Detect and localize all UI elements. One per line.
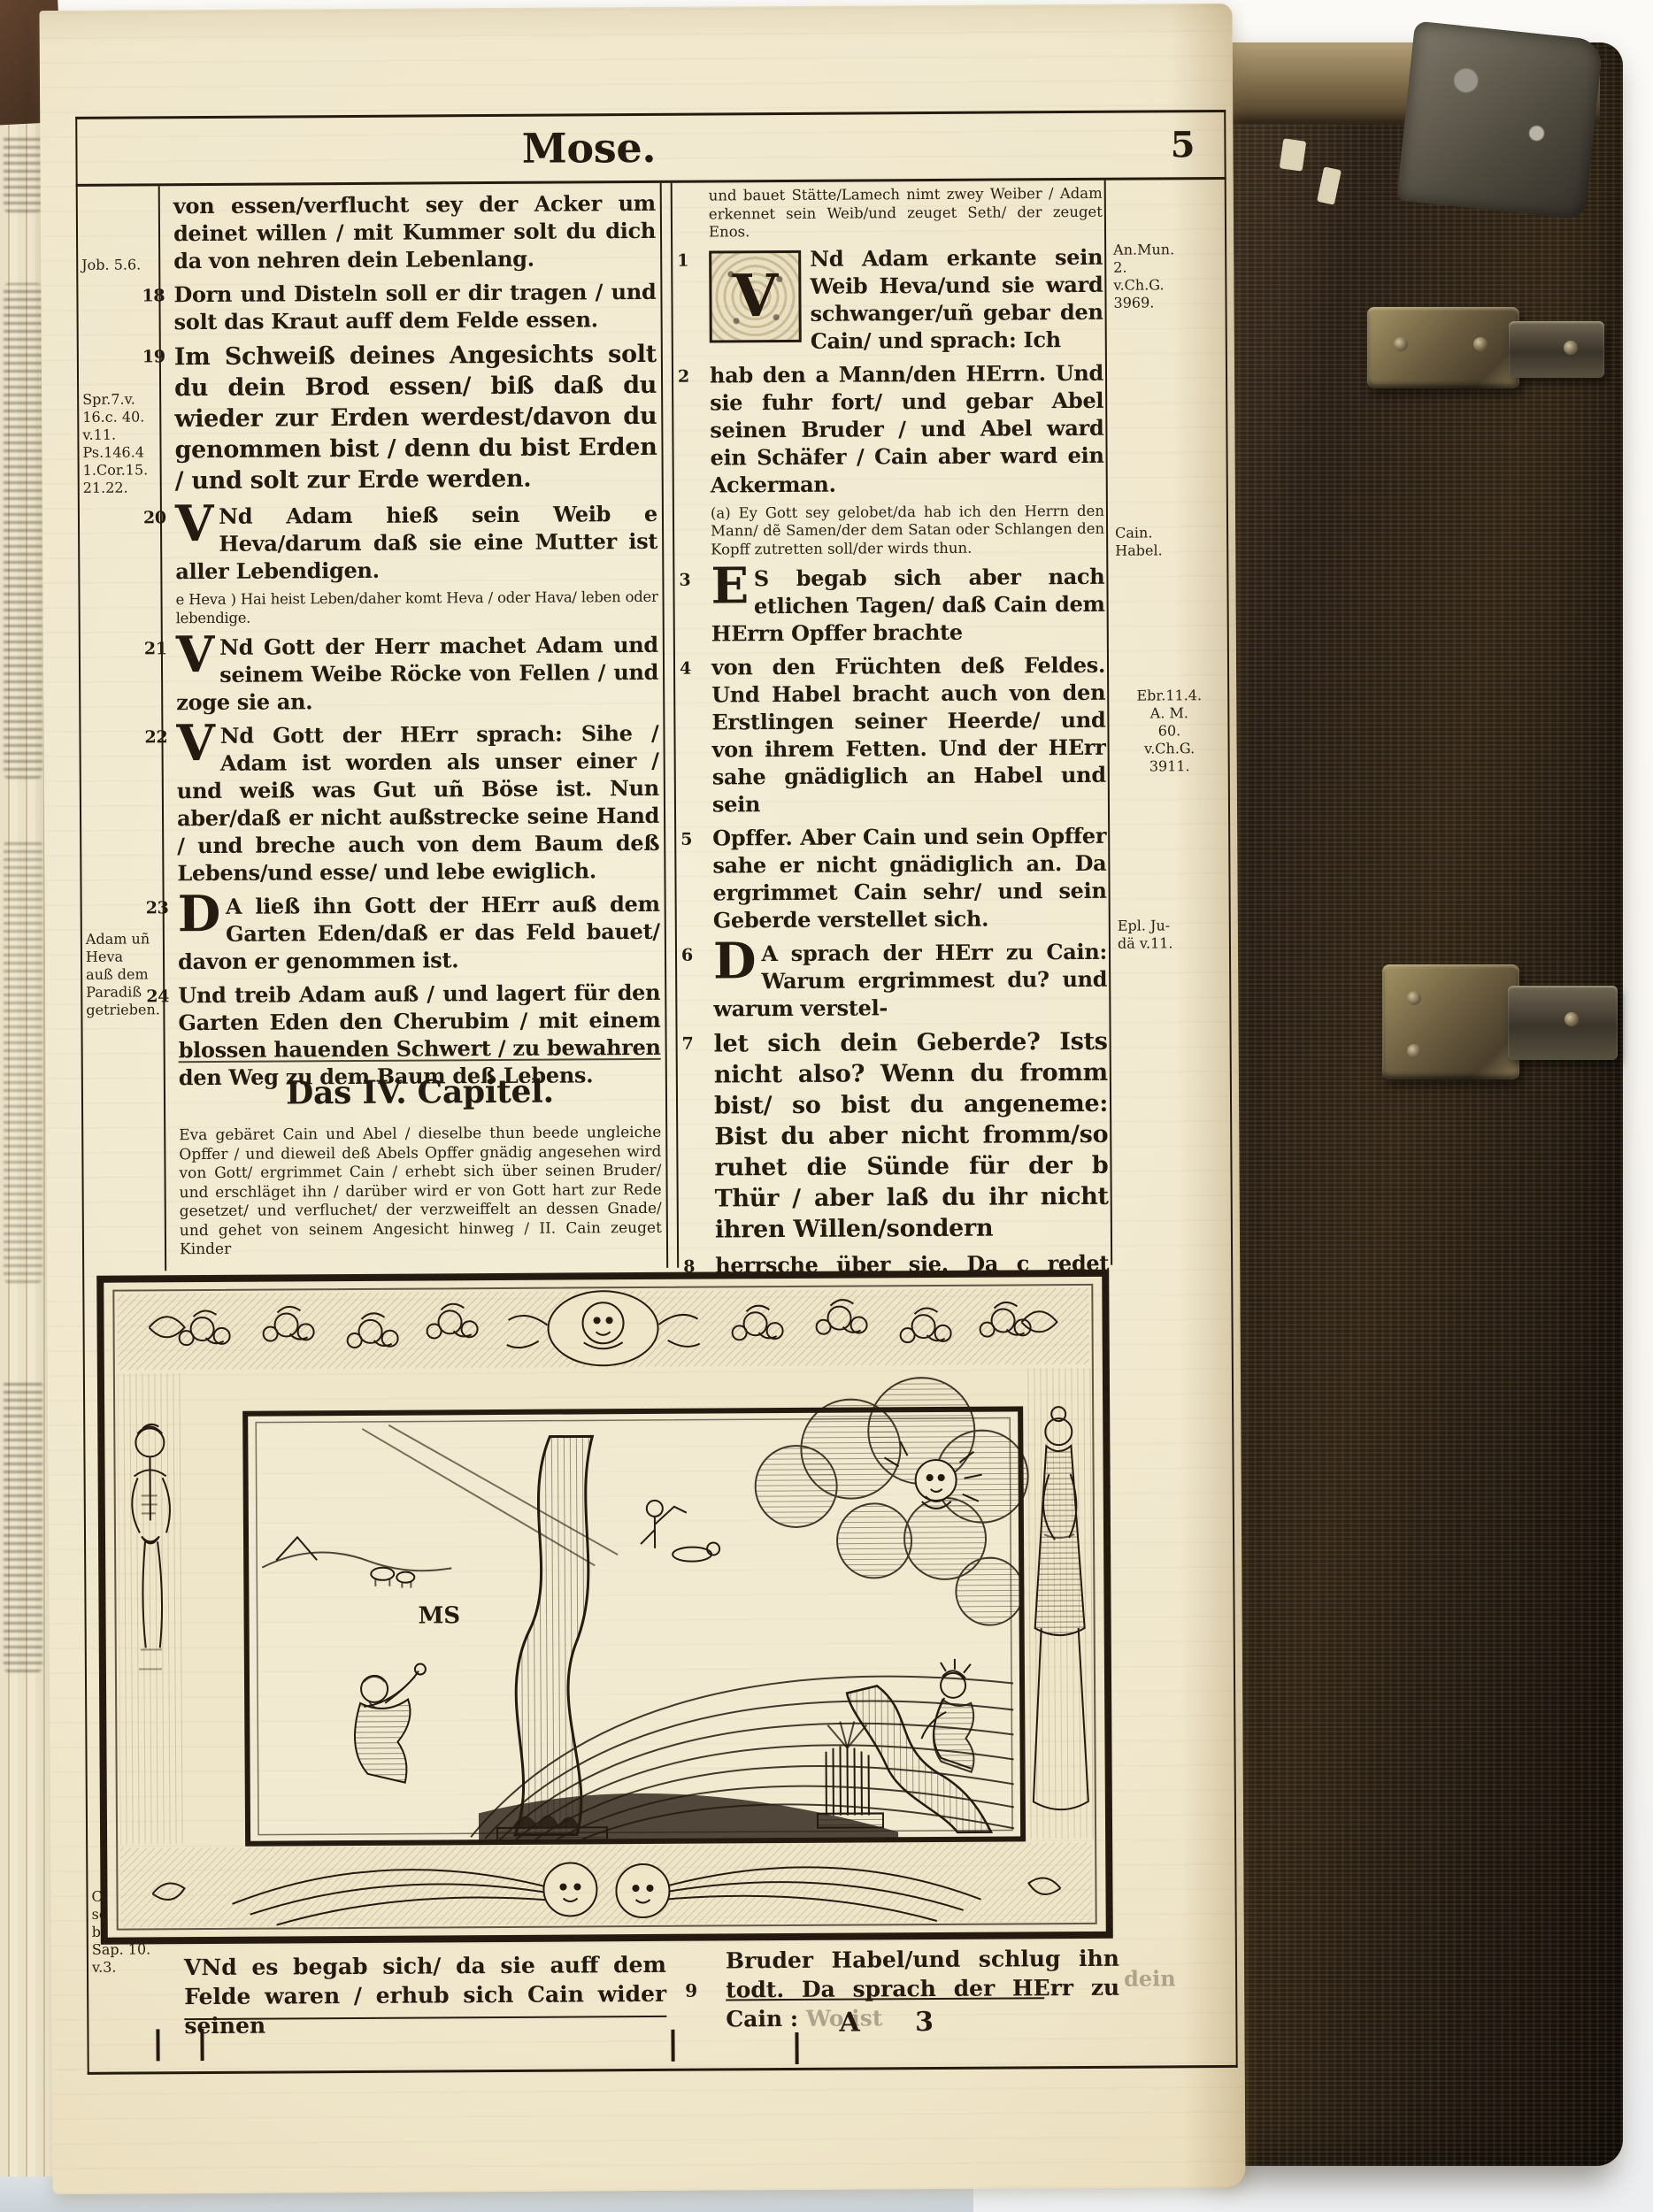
verse-paragraph: 18 Dorn und Disteln soll er dir tragen /… [173,278,656,335]
margin-note-cain-habel: Cain. Habel. [1115,524,1221,560]
verse-paragraph: 23 DA ließ ihn Gott der HErr auß dem Gar… [178,890,661,975]
column-divider-rule-a [660,183,668,1268]
bottom-left-line: VNd es begab sich/ da sie auff dem Felde… [184,1950,667,2040]
verse-text: hab den a Mann/den HErrn. Und sie fuhr f… [710,358,1104,498]
page-number: 5 [1142,124,1222,166]
verse-paragraph: 3 ES begab sich aber nach etlichen Tagen… [711,563,1105,648]
chapter-summary-continuation: und bauet Stätte/Lamech nimt zwey Weiber… [709,185,1103,242]
verse-number: 5 [680,826,692,854]
verse-number: 2 [678,363,689,390]
book-clasp-upper [1367,296,1615,407]
verse-paragraph: 20 VNd Adam hieß sein Weib e Heva/darum … [175,500,658,585]
verse-text: let sich dein Geberde? Ists nicht also? … [714,1026,1109,1246]
corner-metal-fitting [1396,20,1603,219]
verse-paragraph: 5 Opffer. Aber Cain und sein Opffer sahe… [712,822,1107,934]
margin-note-job: Job. 5.6. [81,256,156,274]
verse-number: 20 [143,504,166,532]
verse-paragraph: 19 Im Schweiß deines Angesichts solt du … [174,339,657,496]
verse-paragraph: 21 VNd Gott der Herr machet Adam und sei… [176,631,659,716]
verse-number: 4 [680,656,691,683]
page-edge-text-fragment [4,133,42,212]
chapter-summary: Eva gebäret Cain und Abel / dieselbe thu… [179,1124,662,1260]
verse-number: 22 [144,724,167,751]
verse-text: ES begab sich aber nach etlichen Tagen/ … [711,563,1105,648]
woodcut-cain-and-abel-offering: MS [96,1268,1114,1947]
verse-text: Nd Adam erkante sein Weib Heva/und sie w… [810,243,1103,353]
verse-number: 7 [682,1031,694,1058]
verse-text: Dorn und Disteln soll er dir tragen / un… [173,278,656,335]
verse-text: DA sprach der HErr zu Cain: Warum ergrim… [713,938,1108,1023]
paper-speck [1280,138,1306,171]
verse-number: 18 [142,282,165,310]
verse-paragraph: 1 V Nd Adam erkante sein Weib Heva/und s… [709,242,1103,355]
verse-paragraph: 2 hab den a Mann/den HErrn. Und sie fuhr… [710,358,1104,498]
verse-number: 23 [146,895,169,922]
page-edge-text-fragment [4,283,42,779]
verse-paragraph: 22 VNd Gott der HErr sprach: Sihe / Adam… [176,719,659,887]
verse-paragraph: 4 von den Früchten deß Feldes. Und Habel… [711,651,1106,818]
engraver-monogram: MS [418,1602,460,1629]
woodcut-eve-figure [1024,1368,1094,1839]
margin-note-refs: Spr.7.v. 16.c. 40. v.11. Ps.146.4 1.Cor.… [82,390,158,497]
gloss-note-heva: e Heva ) Hai heist Leben/daher komt Heva… [175,588,657,627]
verse-text: von essen/verflucht sey der Acker um dei… [173,189,657,274]
margin-note-anno-mundi: An.Mun. 2. v.Ch.G. 3969. [1113,241,1219,312]
verse-number: 3 [679,567,690,595]
verse-paragraph: 6 DA sprach der HErr zu Cain: Warum ergr… [713,938,1108,1023]
verse-text: VNd Gott der HErr sprach: Sihe / Adam is… [176,719,659,887]
right-text-column: und bauet Stätte/Lamech nimt zwey Weiber… [709,185,1109,1271]
page-bottom-rule [88,2065,1238,2075]
faded-catchword: dein [1124,1970,1230,1988]
frame-tick [200,2029,204,2061]
woodcut-adam-figure [118,1373,188,1844]
verse-text: VNd Gott der Herr machet Adam und seinem… [176,631,659,716]
chapter-heading: Das IV. Capitel. [179,1072,661,1112]
column-divider-rule-b [671,183,679,1268]
verse-text: Opffer. Aber Cain und sein Opffer sahe e… [712,822,1107,934]
verse-text: VNd Adam hieß sein Weib e Heva/darum daß… [175,500,658,585]
running-title: Mose. [40,121,1137,176]
verse-paragraph: 7 let sich dein Geberde? Ists nicht also… [714,1026,1109,1246]
bottom-verse-number: 9 [685,1977,711,2006]
verse-paragraph: von essen/verflucht sey der Acker um dei… [173,189,657,274]
margin-note-jude: Epl. Ju- dä v.11. [1118,917,1224,953]
woodcut-scene: MS [245,1377,1030,1843]
margin-note-hebrews: Ebr.11.4. A. M. 60. v.Ch.G. 3911. [1116,687,1223,776]
quire-signature: A 3 [839,2007,957,2039]
page-edge-woodcut-fragment [4,841,42,1283]
ornate-initial: V [709,250,802,342]
verse-number: 19 [142,343,165,371]
verse-number: 24 [146,983,169,1010]
verse-text: Im Schweiß deines Angesichts solt du dei… [174,339,657,496]
woodcut-top-garland [117,1288,1089,1371]
photo-of-antique-bible: Mose. 5 Job. 5.6. Spr.7.v. 16.c. 40. v.1… [0,0,1653,2212]
bible-page: Mose. 5 Job. 5.6. Spr.7.v. 16.c. 40. v.1… [39,4,1245,2194]
frame-tick [156,2029,159,2061]
left-text-column: von essen/verflucht sey der Acker um dei… [173,189,661,1041]
verse-number: 6 [681,942,693,970]
frame-tick [795,2032,798,2064]
frame-tick [671,2030,674,2062]
verse-text: DA ließ ihn Gott der HErr auß dem Garten… [178,890,661,975]
verse-text: von den Früchten deß Feldes. Und Habel b… [711,651,1106,818]
verse-number: 21 [144,635,167,663]
verse-number: 1 [677,247,688,274]
header-top-rule [75,110,1226,119]
book-clasp-lower [1382,945,1634,1100]
woodcut-bottom-cherubs [120,1842,1093,1928]
page-edge-text-fragment [4,1380,42,1672]
gloss-note-a: (a) Ey Gott sey gelobet/da hab ich den H… [711,502,1104,558]
